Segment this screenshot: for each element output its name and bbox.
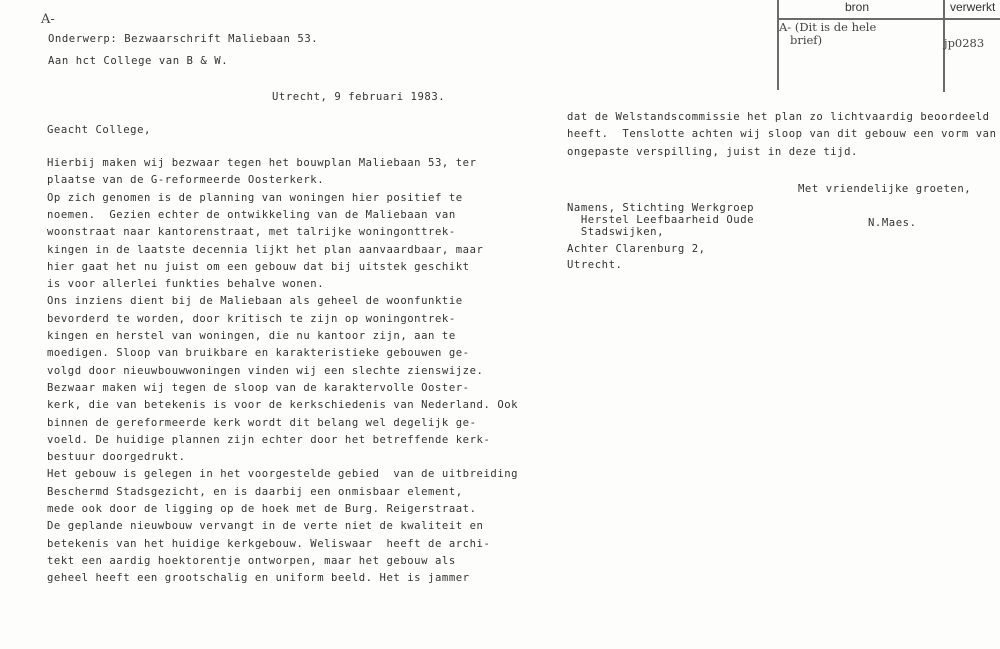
letter-line: voeld. De huidige plannen zijn echter do… — [47, 434, 490, 446]
signature: N.Maes. — [868, 217, 917, 229]
salutation: Geacht College, — [47, 124, 151, 136]
letter-line: is voor allerlei funkties behalve wonen. — [47, 278, 324, 290]
letter-line: De geplande nieuwbouw vervangt in de ver… — [47, 520, 483, 532]
address-city: Utrecht. — [567, 259, 622, 271]
letter-line: kingen en herstel van woningen, die nu k… — [47, 330, 456, 342]
letter-line: Het gebouw is gelegen in het voorgesteld… — [47, 468, 518, 480]
letter-line: ongepaste verspilling, juist in deze tij… — [567, 146, 858, 158]
letter-line: Op zich genomen is de planning van wonin… — [47, 192, 463, 204]
subject-line: Onderwerp: Bezwaarschrift Maliebaan 53. — [48, 33, 318, 45]
letter-line: plaatse van de G-reformeerde Oosterkerk. — [47, 174, 324, 186]
letter-line: volgd door nieuwbouwwoningen vinden wij … — [47, 365, 483, 377]
letter-line: kingen in de laatste decennia lijkt het … — [47, 244, 483, 256]
letter-line: mede ook door de ligging op de hoek met … — [47, 503, 477, 515]
place-date: Utrecht, 9 februari 1983. — [272, 91, 445, 103]
sender-line-3: Stadswijken, — [567, 226, 664, 238]
letter-line: Beschermd Stadsgezicht, en is daarbij ee… — [47, 486, 463, 498]
letter-line: Bezwaar maken wij tegen de sloop van de … — [47, 382, 470, 394]
letter-line: bestuur doorgedrukt. — [47, 451, 186, 463]
sender-line-1: Namens, Stichting Werkgroep — [567, 202, 754, 214]
letter-line: betekenis van het huidige kerkgebouw. We… — [47, 538, 490, 550]
letter-line: heeft. Tenslotte achten wij sloop van di… — [567, 128, 997, 140]
letter-line: noemen. Gezien echter de ontwikkeling va… — [47, 209, 456, 221]
letter-line: binnen de gereformeerde kerk wordt dit b… — [47, 417, 477, 429]
letter-line: moedigen. Sloop van bruikbare en karakte… — [47, 347, 470, 359]
table-cell-verwerkt: jp0283 — [944, 36, 984, 51]
letter-line: Hierbij maken wij bezwaar tegen het bouw… — [47, 157, 477, 169]
letter-line: hier gaat het nu juist om een gebouw dat… — [47, 261, 470, 273]
closing: Met vriendelijke groeten, — [798, 183, 971, 195]
letter-line: Ons inziens dient bij de Maliebaan als g… — [47, 295, 463, 307]
letter-line: geheel heeft een grootschalig en uniform… — [47, 572, 470, 584]
table-header-verwerkt: verwerkt — [950, 0, 995, 14]
letter-line: bevorderd te worden, door kritisch te zi… — [47, 313, 456, 325]
addressee: Aan hct College van B & W. — [48, 55, 228, 67]
letter-line: kerk, die van betekenis is voor de kerks… — [47, 399, 518, 411]
table-header-bron: bron — [845, 0, 869, 14]
table-cell-bron-2: brief) — [779, 33, 822, 48]
letter-line: woonstraat naar kantorenstraat, met talr… — [47, 226, 456, 238]
source-reference: A- — [41, 12, 55, 27]
address-street: Achter Clarenburg 2, — [567, 243, 706, 255]
letter-line: dat de Welstandscommissie het plan zo li… — [567, 111, 990, 123]
sender-line-2: Herstel Leefbaarheid Oude — [567, 214, 754, 226]
letter-line: tekt een aardig hoektorentje ontworpen, … — [47, 555, 456, 567]
